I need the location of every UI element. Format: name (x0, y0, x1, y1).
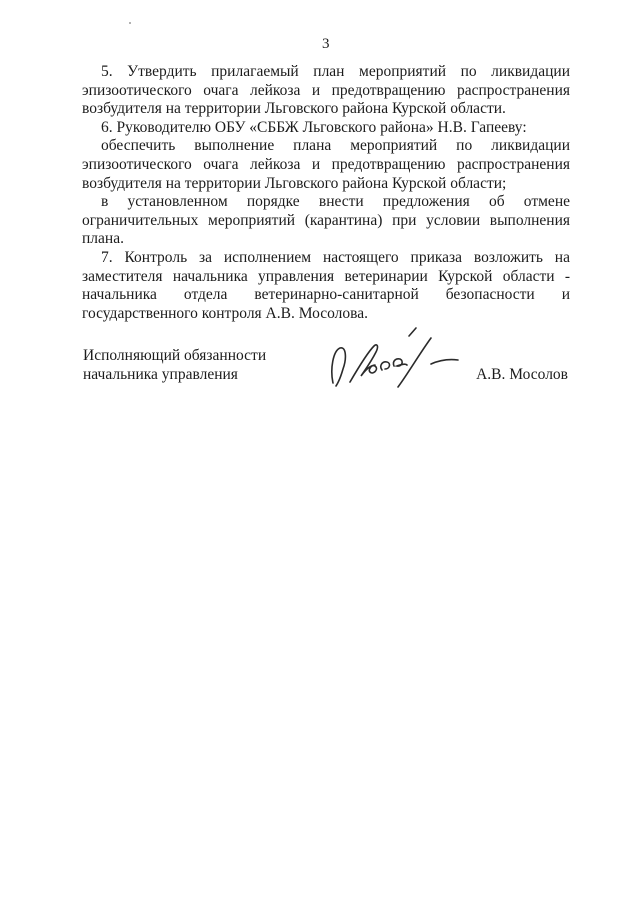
text-line: обеспечить выполнение плана мероприятий … (82, 137, 570, 156)
paragraph: 6. Руководителю ОБУ «СББЖ Льговского рай… (82, 119, 570, 138)
paragraph: 7. Контроль за исполнением настоящего пр… (82, 249, 570, 323)
text-line: 5. Утвердить прилагаемый план мероприяти… (82, 63, 570, 82)
text-line: плана. (82, 230, 570, 249)
paragraph: в установленном порядке внести предложен… (82, 193, 570, 249)
text-line: в установленном порядке внести предложен… (82, 193, 570, 212)
text-line: возбудителя на территории Льговского рай… (82, 175, 570, 194)
text-line: эпизоотического очага лейкоза и предотвр… (82, 156, 570, 175)
signatory-title-line: начальника управления (83, 366, 266, 385)
text-line: 6. Руководителю ОБУ «СББЖ Льговского рай… (82, 119, 570, 138)
text-line: возбудителя на территории Льговского рай… (82, 100, 570, 119)
scan-artifact-dot (129, 22, 131, 24)
text-line: ограничительных мероприятий (карантина) … (82, 212, 570, 231)
paragraph: 5. Утвердить прилагаемый план мероприяти… (82, 63, 570, 119)
text-line: эпизоотического очага лейкоза и предотвр… (82, 82, 570, 101)
signatory-title-line: Исполняющий обязанности (83, 347, 266, 366)
document-page: 3 5. Утвердить прилагаемый план мероприя… (0, 0, 640, 905)
text-line: 7. Контроль за исполнением настоящего пр… (82, 249, 570, 268)
page-number: 3 (82, 36, 570, 53)
text-line: начальника отдела ветеринарно-санитарной… (82, 286, 570, 305)
document-body: 5. Утвердить прилагаемый план мероприяти… (82, 63, 570, 323)
signature-block: Исполняющий обязанности начальника управ… (82, 347, 570, 407)
text-line: государственного контроля А.В. Мосолова. (82, 305, 570, 324)
signatory-name: А.В. Мосолов (476, 366, 568, 385)
signatory-title: Исполняющий обязанности начальника управ… (83, 347, 266, 384)
handwritten-signature-icon (310, 325, 460, 400)
text-line: заместителя начальника управления ветери… (82, 268, 570, 287)
paragraph: обеспечить выполнение плана мероприятий … (82, 137, 570, 193)
